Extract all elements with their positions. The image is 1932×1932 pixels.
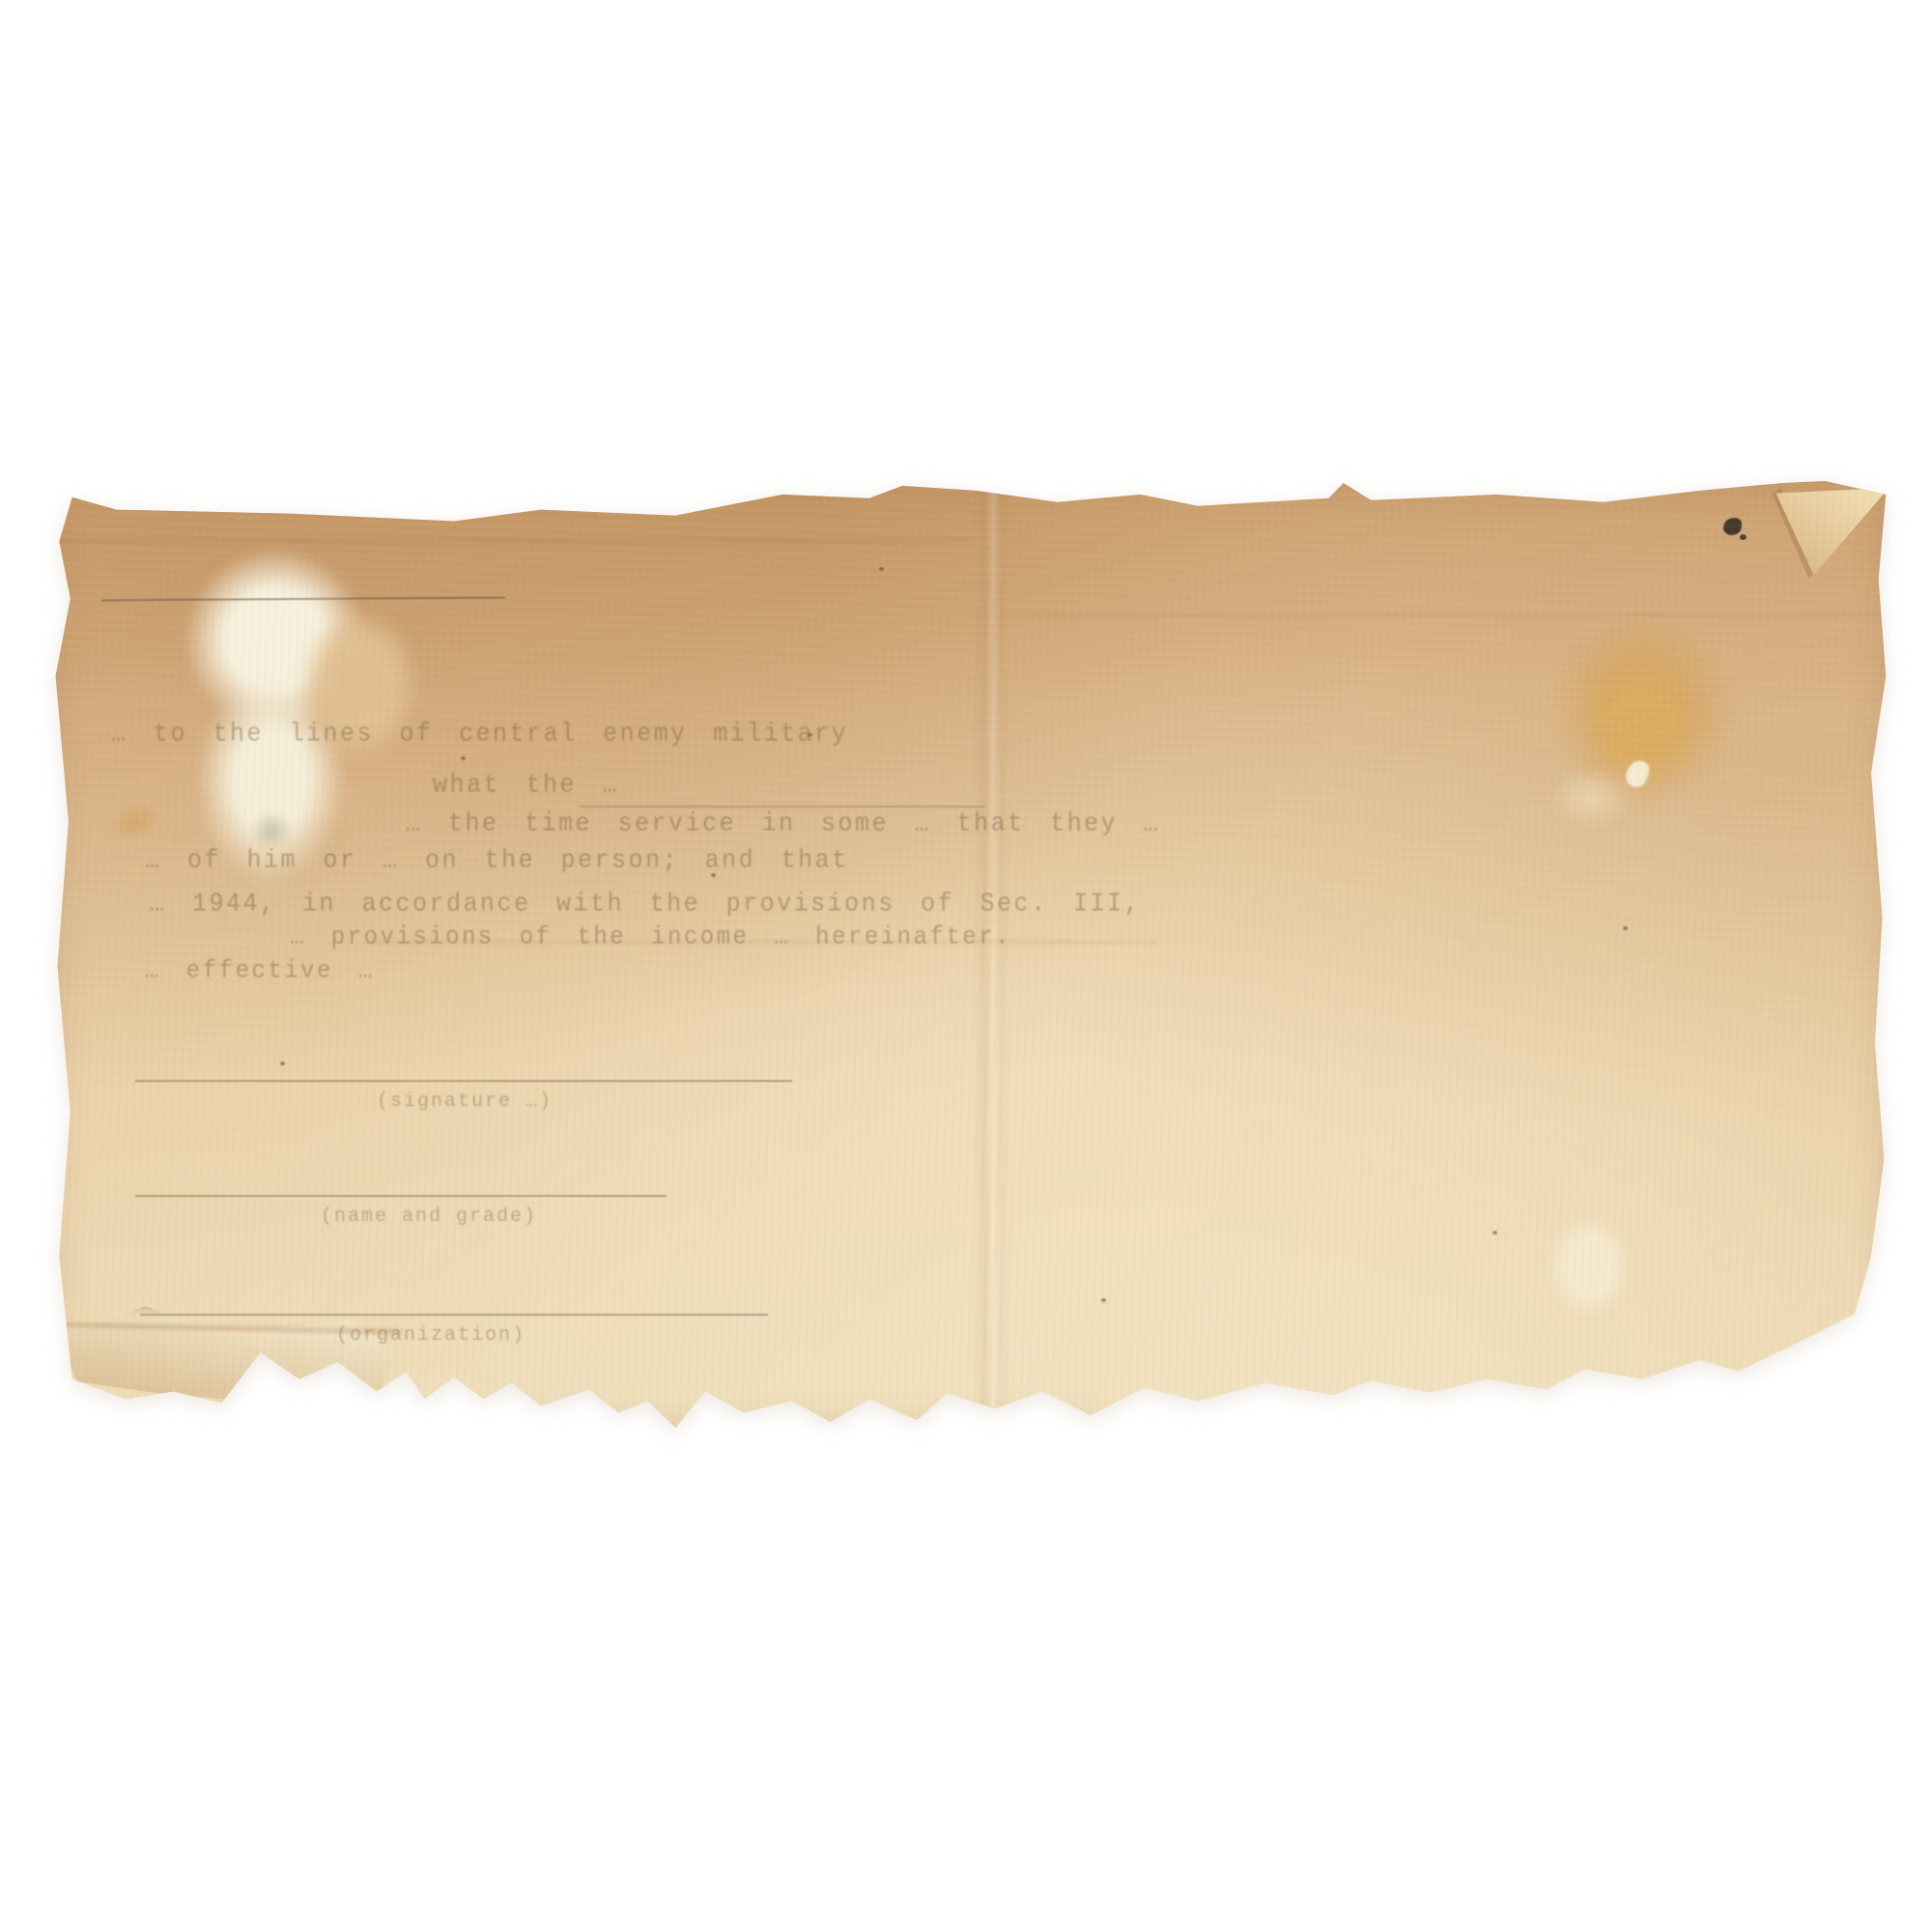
signature-rule-3 (140, 1314, 768, 1316)
pale-stain-right-lower (1536, 756, 1647, 838)
typewritten-line-6: … provisions of the income … hereinafter… (290, 923, 1011, 952)
signature-rule-2 (135, 1195, 667, 1197)
ink-speck (1740, 534, 1747, 540)
signature-caption-3: (organization) (336, 1324, 526, 1347)
pale-patch-bottom-right (1546, 1214, 1633, 1319)
typewritten-line-1: … to the lines of central enemy military (111, 719, 848, 749)
faint-underline (580, 806, 985, 808)
paper-wrapper: … to the lines of central enemy military… (0, 0, 1932, 1932)
center-fold-crease (972, 478, 1010, 1435)
ink-blot (1723, 518, 1742, 535)
horizontal-crease-right (1001, 611, 1885, 619)
aged-document-paper: … to the lines of central enemy military… (46, 478, 1891, 1435)
foxing-speck (461, 756, 466, 760)
typewritten-line-5: … 1944, in accordance with the provision… (150, 889, 1141, 919)
horizontal-crease-top (56, 536, 974, 545)
foxing-speck (1492, 1231, 1497, 1235)
typewritten-line-4: … of him or … on the person; and that (145, 845, 849, 875)
typewritten-line-2: what the … (433, 770, 619, 800)
photo-scene: … to the lines of central enemy military… (0, 0, 1932, 1932)
typewritten-line-3: … the time service in some … that they … (406, 809, 1160, 838)
foxing-speck (879, 567, 884, 571)
signature-rule-1 (135, 1080, 792, 1082)
typewritten-line-7: … effective … (145, 957, 375, 985)
foxing-speck (1101, 1298, 1106, 1302)
foxing-speck (280, 1062, 285, 1065)
signature-caption-1: (signature …) (377, 1091, 553, 1113)
signature-caption-2: (name and grade) (321, 1206, 537, 1228)
foxing-speck (1623, 926, 1628, 930)
curled-flap-bottom-left (56, 1304, 413, 1410)
